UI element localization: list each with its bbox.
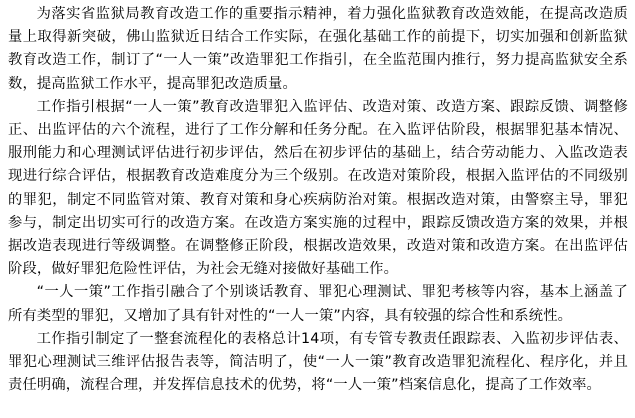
paragraph-intro: 为落实省监狱局教育改造工作的重要指示精神，着力强化监狱教育改造效能，在提高改造质…: [8, 3, 628, 96]
paragraph-forms: 工作指引制定了一整套流程化的表格总计14项，有专管专教责任跟踪表、入监初步评估表…: [8, 328, 628, 398]
paragraph-workflow: 工作指引根据“一人一策”教育改造罪犯入监评估、改造对策、改造方案、跟踪反馈、调整…: [8, 96, 628, 282]
article-body: 为落实省监狱局教育改造工作的重要指示精神，着力强化监狱教育改造效能，在提高改造质…: [8, 3, 628, 397]
paragraph-integration: “一人一策”工作指引融合了个别谈话教育、罪犯心理测试、罪犯考核等内容，基本上涵盖…: [8, 281, 628, 327]
